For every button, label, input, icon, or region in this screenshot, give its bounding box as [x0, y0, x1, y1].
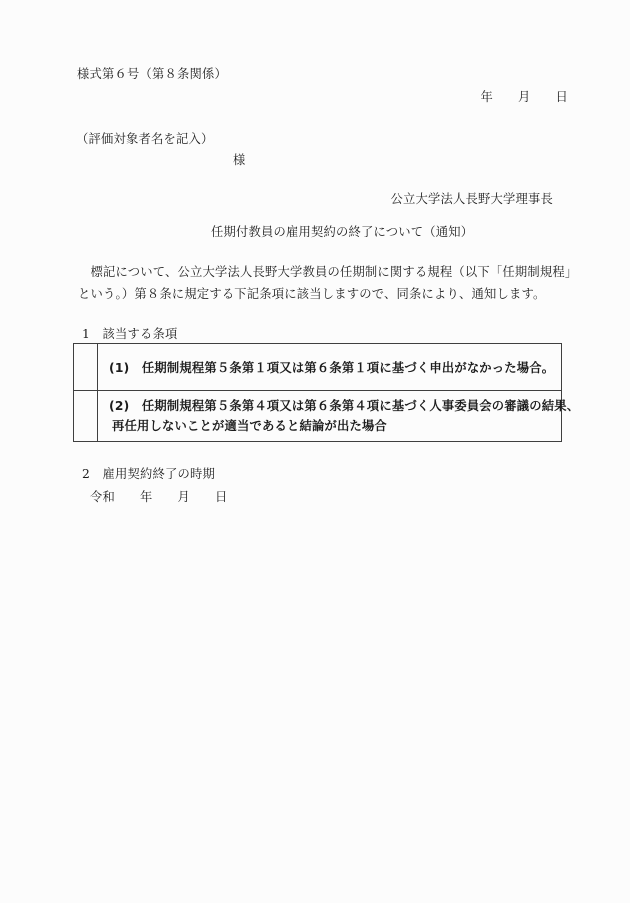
- clause-2-text-line-2: 再任用しないことが適当であると結論が出た場合: [109, 416, 579, 436]
- clause-2-checkbox-cell: [74, 391, 98, 441]
- clause-row-1: (1) 任期制規程第５条第１項又は第６条第１項に基づく申出がなかった場合。: [74, 344, 561, 391]
- document-title: 任期付教員の雇用契約の終了について（通知）: [211, 222, 473, 240]
- section-1-heading: 1 該当する条項: [82, 324, 178, 342]
- section-2-heading: 2 雇用契約終了の時期: [82, 464, 215, 482]
- date-blank-line: 年 月 日: [481, 87, 568, 105]
- body-paragraph: 標記について、公立大学法人長野大学教員の任期制に関する規程（以下「任期制規程」 …: [78, 261, 577, 305]
- addressee-honorific: 様: [233, 150, 246, 168]
- body-line-2: という。）第８条に規定する下記条項に該当しますので、同条により、通知します。: [78, 283, 577, 305]
- clause-2-text-line-1: (2) 任期制規程第５条第４項又は第６条第４項に基づく人事委員会の審議の結果、: [109, 396, 579, 416]
- form-number: 様式第６号（第８条関係）: [77, 64, 227, 82]
- clause-1-text-cell: (1) 任期制規程第５条第１項又は第６条第１項に基づく申出がなかった場合。: [98, 344, 561, 390]
- clause-1-text: (1) 任期制規程第５条第１項又は第６条第１項に基づく申出がなかった場合。: [109, 358, 554, 376]
- clause-row-2: (2) 任期制規程第５条第４項又は第６条第４項に基づく人事委員会の審議の結果、 …: [74, 391, 561, 441]
- termination-date-blank-line: 令和 年 月 日: [90, 487, 227, 505]
- clause-2-text-cell: (2) 任期制規程第５条第４項又は第６条第４項に基づく人事委員会の審議の結果、 …: [98, 391, 579, 441]
- clause-1-checkbox-cell: [74, 344, 98, 390]
- sender-name: 公立大学法人長野大学理事長: [391, 189, 553, 207]
- document-page: 様式第６号（第８条関係） 年 月 日 （評価対象者名を記入） 様 公立大学法人長…: [0, 0, 630, 903]
- body-line-1: 標記について、公立大学法人長野大学教員の任期制に関する規程（以下「任期制規程」: [78, 261, 577, 283]
- clause-table: (1) 任期制規程第５条第１項又は第６条第１項に基づく申出がなかった場合。 (2…: [73, 343, 562, 442]
- addressee-note: （評価対象者名を記入）: [76, 129, 213, 147]
